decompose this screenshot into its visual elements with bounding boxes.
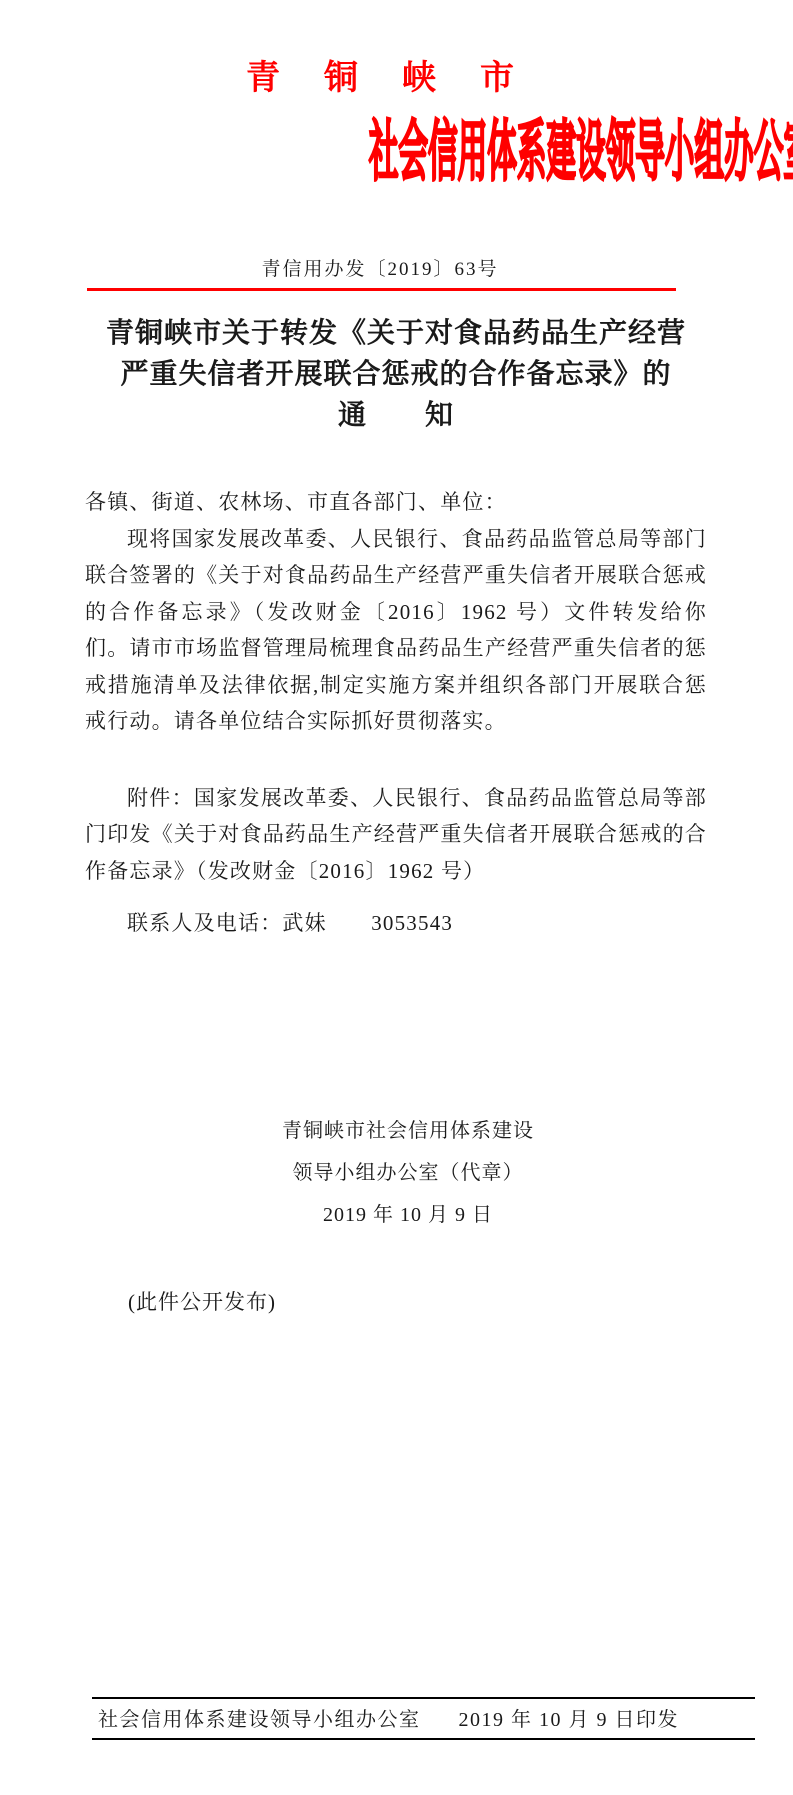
contact-line: 联系人及电话：武妹 3053543: [85, 905, 707, 942]
official-document-page: 青铜峡市 社会信用体系建设领导小组办公室文件 青信用办发〔2019〕63号 青铜…: [0, 0, 793, 1795]
document-number: 青信用办发〔2019〕63号: [85, 254, 675, 281]
letterhead-banner: 社会信用体系建设领导小组办公室文件: [85, 112, 675, 202]
footer-print-date: 2019 年 10 月 9 日印发: [459, 1703, 680, 1732]
attachment-paragraph: 附件：国家发展改革委、人民银行、食品药品监管总局等部门印发《关于对食品药品生产经…: [85, 780, 707, 890]
body-paragraph: 现将国家发展改革委、人民银行、食品药品监管总局等部门联合签署的《关于对食品药品生…: [85, 521, 707, 740]
document-title-line-3: 通 知: [85, 395, 707, 436]
document-body: 各镇、街道、农林场、市直各部门、单位： 现将国家发展改革委、人民银行、食品药品监…: [85, 484, 707, 942]
salutation-line: 各镇、街道、农林场、市直各部门、单位：: [85, 484, 707, 521]
letterhead-banner-text: 社会信用体系建设领导小组办公室文件: [369, 110, 793, 194]
public-release-note: (此件公开发布): [128, 1286, 276, 1316]
signature-block: 青铜峡市社会信用体系建设 领导小组办公室（代章） 2019 年 10 月 9 日: [280, 1110, 536, 1236]
signature-date: 2019 年 10 月 9 日: [280, 1194, 536, 1236]
document-title-line-2: 严重失信者开展联合惩戒的合作备忘录》的: [85, 354, 707, 395]
signature-org-line-2: 领导小组办公室（代章）: [280, 1152, 536, 1194]
print-footer-bar: 社会信用体系建设领导小组办公室 2019 年 10 月 9 日印发: [92, 1697, 755, 1740]
document-title: 青铜峡市关于转发《关于对食品药品生产经营 严重失信者开展联合惩戒的合作备忘录》的…: [85, 313, 707, 436]
red-divider-line: [87, 288, 676, 291]
signature-org-line-1: 青铜峡市社会信用体系建设: [280, 1110, 536, 1152]
issuer-name: 青铜峡市: [85, 50, 675, 99]
footer-office: 社会信用体系建设领导小组办公室: [98, 1703, 421, 1732]
document-title-line-1: 青铜峡市关于转发《关于对食品药品生产经营: [85, 313, 707, 354]
